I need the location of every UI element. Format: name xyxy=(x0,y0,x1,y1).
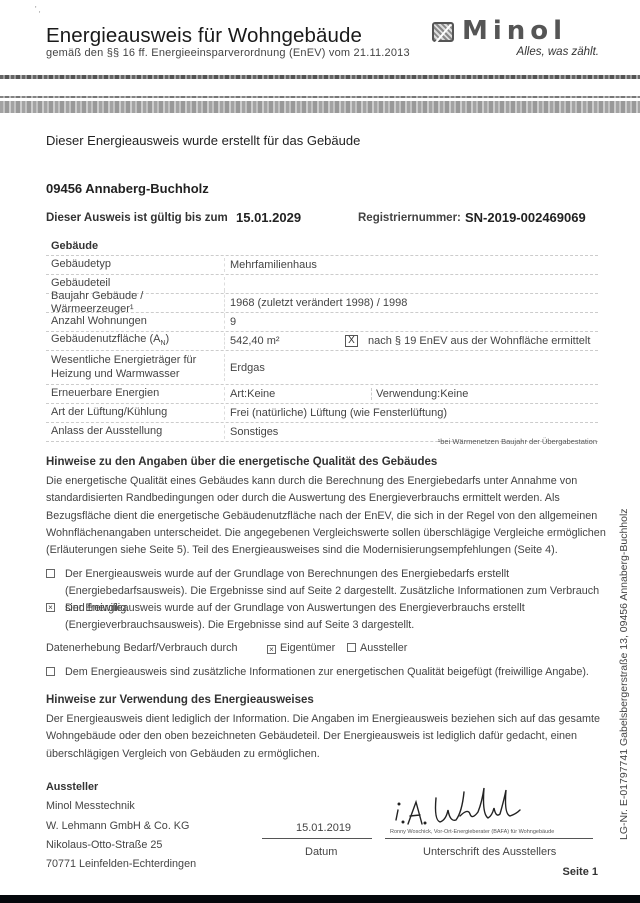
document-title: Energieausweis für Wohngebäude xyxy=(46,24,362,48)
row-value: 1968 (zuletzt verändert 1998) / 1998 xyxy=(225,297,598,309)
row-label: Anzahl Wohnungen xyxy=(46,315,225,328)
table-row: Art der Lüftung/Kühlung Frei (natürliche… xyxy=(46,404,598,423)
table-row: Wesentliche Energieträger für Heizung un… xyxy=(46,351,598,385)
validity-date: 15.01.2029 xyxy=(236,210,301,225)
scan-border xyxy=(0,895,640,903)
table-row: Anzahl Wohnungen 9 xyxy=(46,313,598,332)
header-divider xyxy=(0,96,640,98)
row-label: Anlass der Ausstellung xyxy=(46,425,225,438)
option-additional-info: Dem Energieausweis sind zusätzliche Info… xyxy=(46,664,606,681)
table-row: Baujahr Gebäude / Wärmeerzeuger¹ 1968 (z… xyxy=(46,294,598,313)
validity-label: Dieser Ausweis ist gültig bis zum xyxy=(46,212,228,224)
side-reference: LG-Nr. E-01797741 Gabelsbergerstraße 13,… xyxy=(618,508,630,840)
issuer-line: 70771 Leinfelden-Echterdingen xyxy=(46,855,196,874)
table-heading: Gebäude xyxy=(46,236,598,256)
row-label: Gebäudeteil xyxy=(46,277,225,290)
document-subtitle: gemäß den §§ 16 ff. Energieeinsparverord… xyxy=(46,47,410,59)
table-row: Gebäudenutzfläche (AN) 542,40 m² X nach … xyxy=(46,332,598,351)
date-label: Datum xyxy=(305,846,337,858)
scan-mark: ' ‚ xyxy=(35,5,41,14)
table-footnote: ¹bei Wärmenetzen Baujahr der Übergabesta… xyxy=(438,437,597,446)
logo-text: Minol xyxy=(462,16,567,46)
signer-name: Ronny Woschick, Vor-Ort-Energieberater (… xyxy=(390,829,554,835)
row-label: Art der Lüftung/Kühlung xyxy=(46,406,225,419)
date-line xyxy=(262,838,372,839)
row-label: Gebäudetyp xyxy=(46,258,225,271)
row-value: Mehrfamilienhaus xyxy=(225,259,598,271)
registration-label: Registriernummer: xyxy=(358,212,461,224)
header-divider xyxy=(0,101,640,113)
row-value: Erdgas xyxy=(225,362,598,374)
issuer-checkbox[interactable] xyxy=(347,643,356,652)
table-row: Gebäudetyp Mehrfamilienhaus xyxy=(46,256,598,275)
minol-logo-icon xyxy=(432,22,454,42)
page-number: Seite 1 xyxy=(563,866,598,878)
signature-line xyxy=(385,838,593,839)
issuer-line: Nikolaus-Otto-Straße 25 xyxy=(46,836,196,855)
verbrauchsausweis-checkbox[interactable]: × xyxy=(46,603,55,612)
issuer-option: Aussteller xyxy=(347,642,407,654)
row-label: Gebäudenutzfläche (AN) xyxy=(46,333,225,349)
data-collection-label: Datenerhebung Bedarf/Verbrauch durch xyxy=(46,642,237,654)
table-row: Erneuerbare Energien Art:Keine Verwendun… xyxy=(46,385,598,404)
handwritten-signature xyxy=(390,780,530,830)
tagline: Alles, was zählt. xyxy=(517,46,599,58)
row-label: Wesentliche Energieträger für Heizung un… xyxy=(46,354,225,380)
building-table: Gebäude Gebäudetyp Mehrfamilienhaus Gebä… xyxy=(46,236,598,442)
option-verbrauchsausweis: × Der Energieausweis wurde auf der Grund… xyxy=(46,600,606,634)
header-divider xyxy=(0,75,640,79)
minol-logo: Minol xyxy=(432,20,602,46)
renewable-usage: Verwendung:Keine xyxy=(372,388,468,400)
issuer-block: Aussteller Minol Messtechnik W. Lehmann … xyxy=(46,778,196,874)
signature-date: 15.01.2019 xyxy=(296,822,351,834)
row-label: Erneuerbare Energien xyxy=(46,387,225,400)
row-value: 542,40 m² xyxy=(230,335,345,347)
building-address: 09456 Annaberg-Buchholz xyxy=(46,181,209,196)
wohnflaeche-checkbox[interactable]: X xyxy=(345,335,358,347)
issuer-label: Aussteller xyxy=(46,778,196,797)
owner-option: ×Eigentümer xyxy=(267,642,335,654)
bedarfsausweis-checkbox[interactable] xyxy=(46,569,55,578)
quality-notes-text: Die energetische Qualität eines Gebäudes… xyxy=(46,473,606,559)
intro-text: Dieser Energieausweis wurde erstellt für… xyxy=(46,133,360,148)
registration-number: SN-2019-002469069 xyxy=(465,210,586,225)
row-value: 9 xyxy=(225,316,598,328)
issuer-line: W. Lehmann GmbH & Co. KG xyxy=(46,817,196,836)
issuer-line: Minol Messtechnik xyxy=(46,797,196,816)
additional-info-checkbox[interactable] xyxy=(46,667,55,676)
quality-notes-heading: Hinweise zu den Angaben über die energet… xyxy=(46,456,437,468)
usage-notes-heading: Hinweise zur Verwendung des Energieauswe… xyxy=(46,694,314,706)
checkbox-label: nach § 19 EnEV aus der Wohnfläche ermitt… xyxy=(368,335,590,347)
owner-checkbox[interactable]: × xyxy=(267,645,276,654)
row-value: Frei (natürliche) Lüftung (wie Fensterlü… xyxy=(225,407,598,419)
usage-notes-text: Der Energieausweis dient lediglich der I… xyxy=(46,711,606,763)
renewable-type: Art:Keine xyxy=(230,388,372,400)
signature-label: Unterschrift des Ausstellers xyxy=(423,846,556,858)
